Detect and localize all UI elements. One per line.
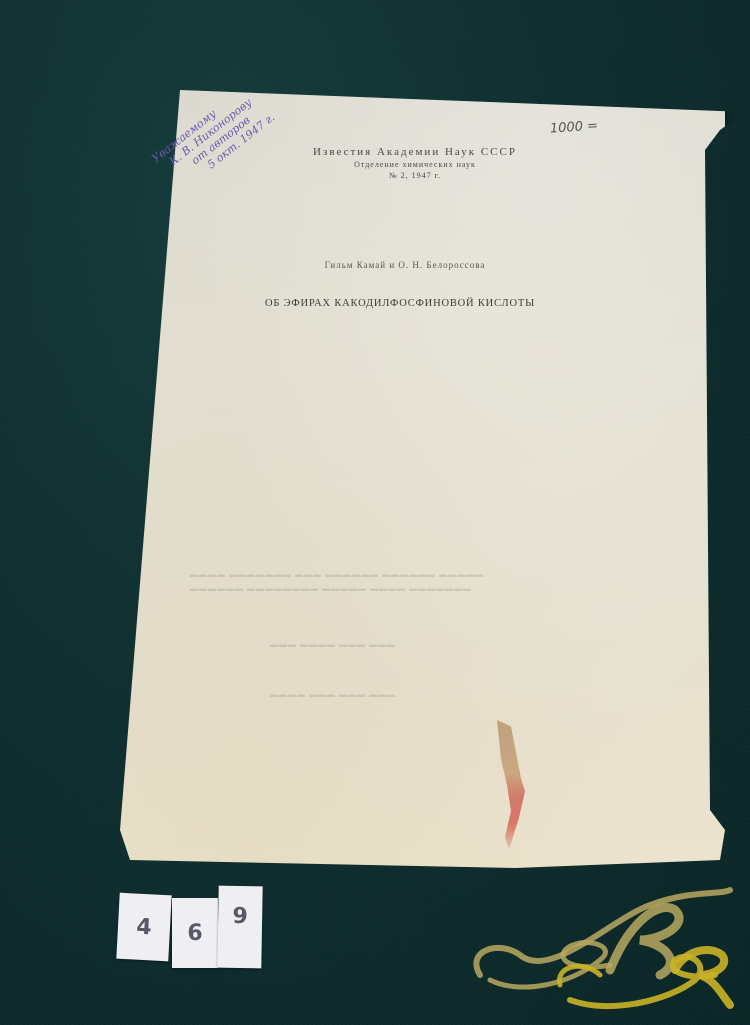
- article-title: ОБ ЭФИРАХ КАКОДИЛФОСФИНОВОЙ КИСЛОТЫ: [250, 298, 550, 309]
- journal-department: Отделение химических наук: [300, 160, 530, 169]
- journal-title: Известия Академии Наук СССР: [300, 146, 530, 158]
- journal-issue: № 2, 1947 г.: [300, 171, 530, 180]
- show-through-text: ▬▬▬ ▬▬▬▬ ▬▬▬ ▬▬▬: [270, 640, 396, 649]
- show-through-text: ▬▬▬▬▬▬ ▬▬▬▬▬▬▬▬ ▬▬▬▬▬ ▬▬▬▬ ▬▬▬▬▬▬▬: [190, 584, 472, 593]
- lot-digit-card: 4: [116, 893, 171, 962]
- lot-digit-card: 6: [172, 898, 218, 968]
- show-through-text: ▬▬▬▬ ▬▬▬▬▬▬▬ ▬▬▬ ▬▬▬▬▬▬ ▬▬▬▬▬▬ ▬▬▬▬▬: [190, 570, 484, 579]
- journal-header: Известия Академии Наук СССР Отделение хи…: [300, 146, 530, 180]
- monogram-watermark-icon: [460, 880, 750, 1020]
- article-authors: Гильм Камай и О. Н. Белороссова: [305, 260, 505, 270]
- show-through-text: ▬▬▬▬ ▬▬▬ ▬▬▬ ▬▬▬: [270, 690, 396, 699]
- lot-digit-card: 9: [217, 886, 262, 969]
